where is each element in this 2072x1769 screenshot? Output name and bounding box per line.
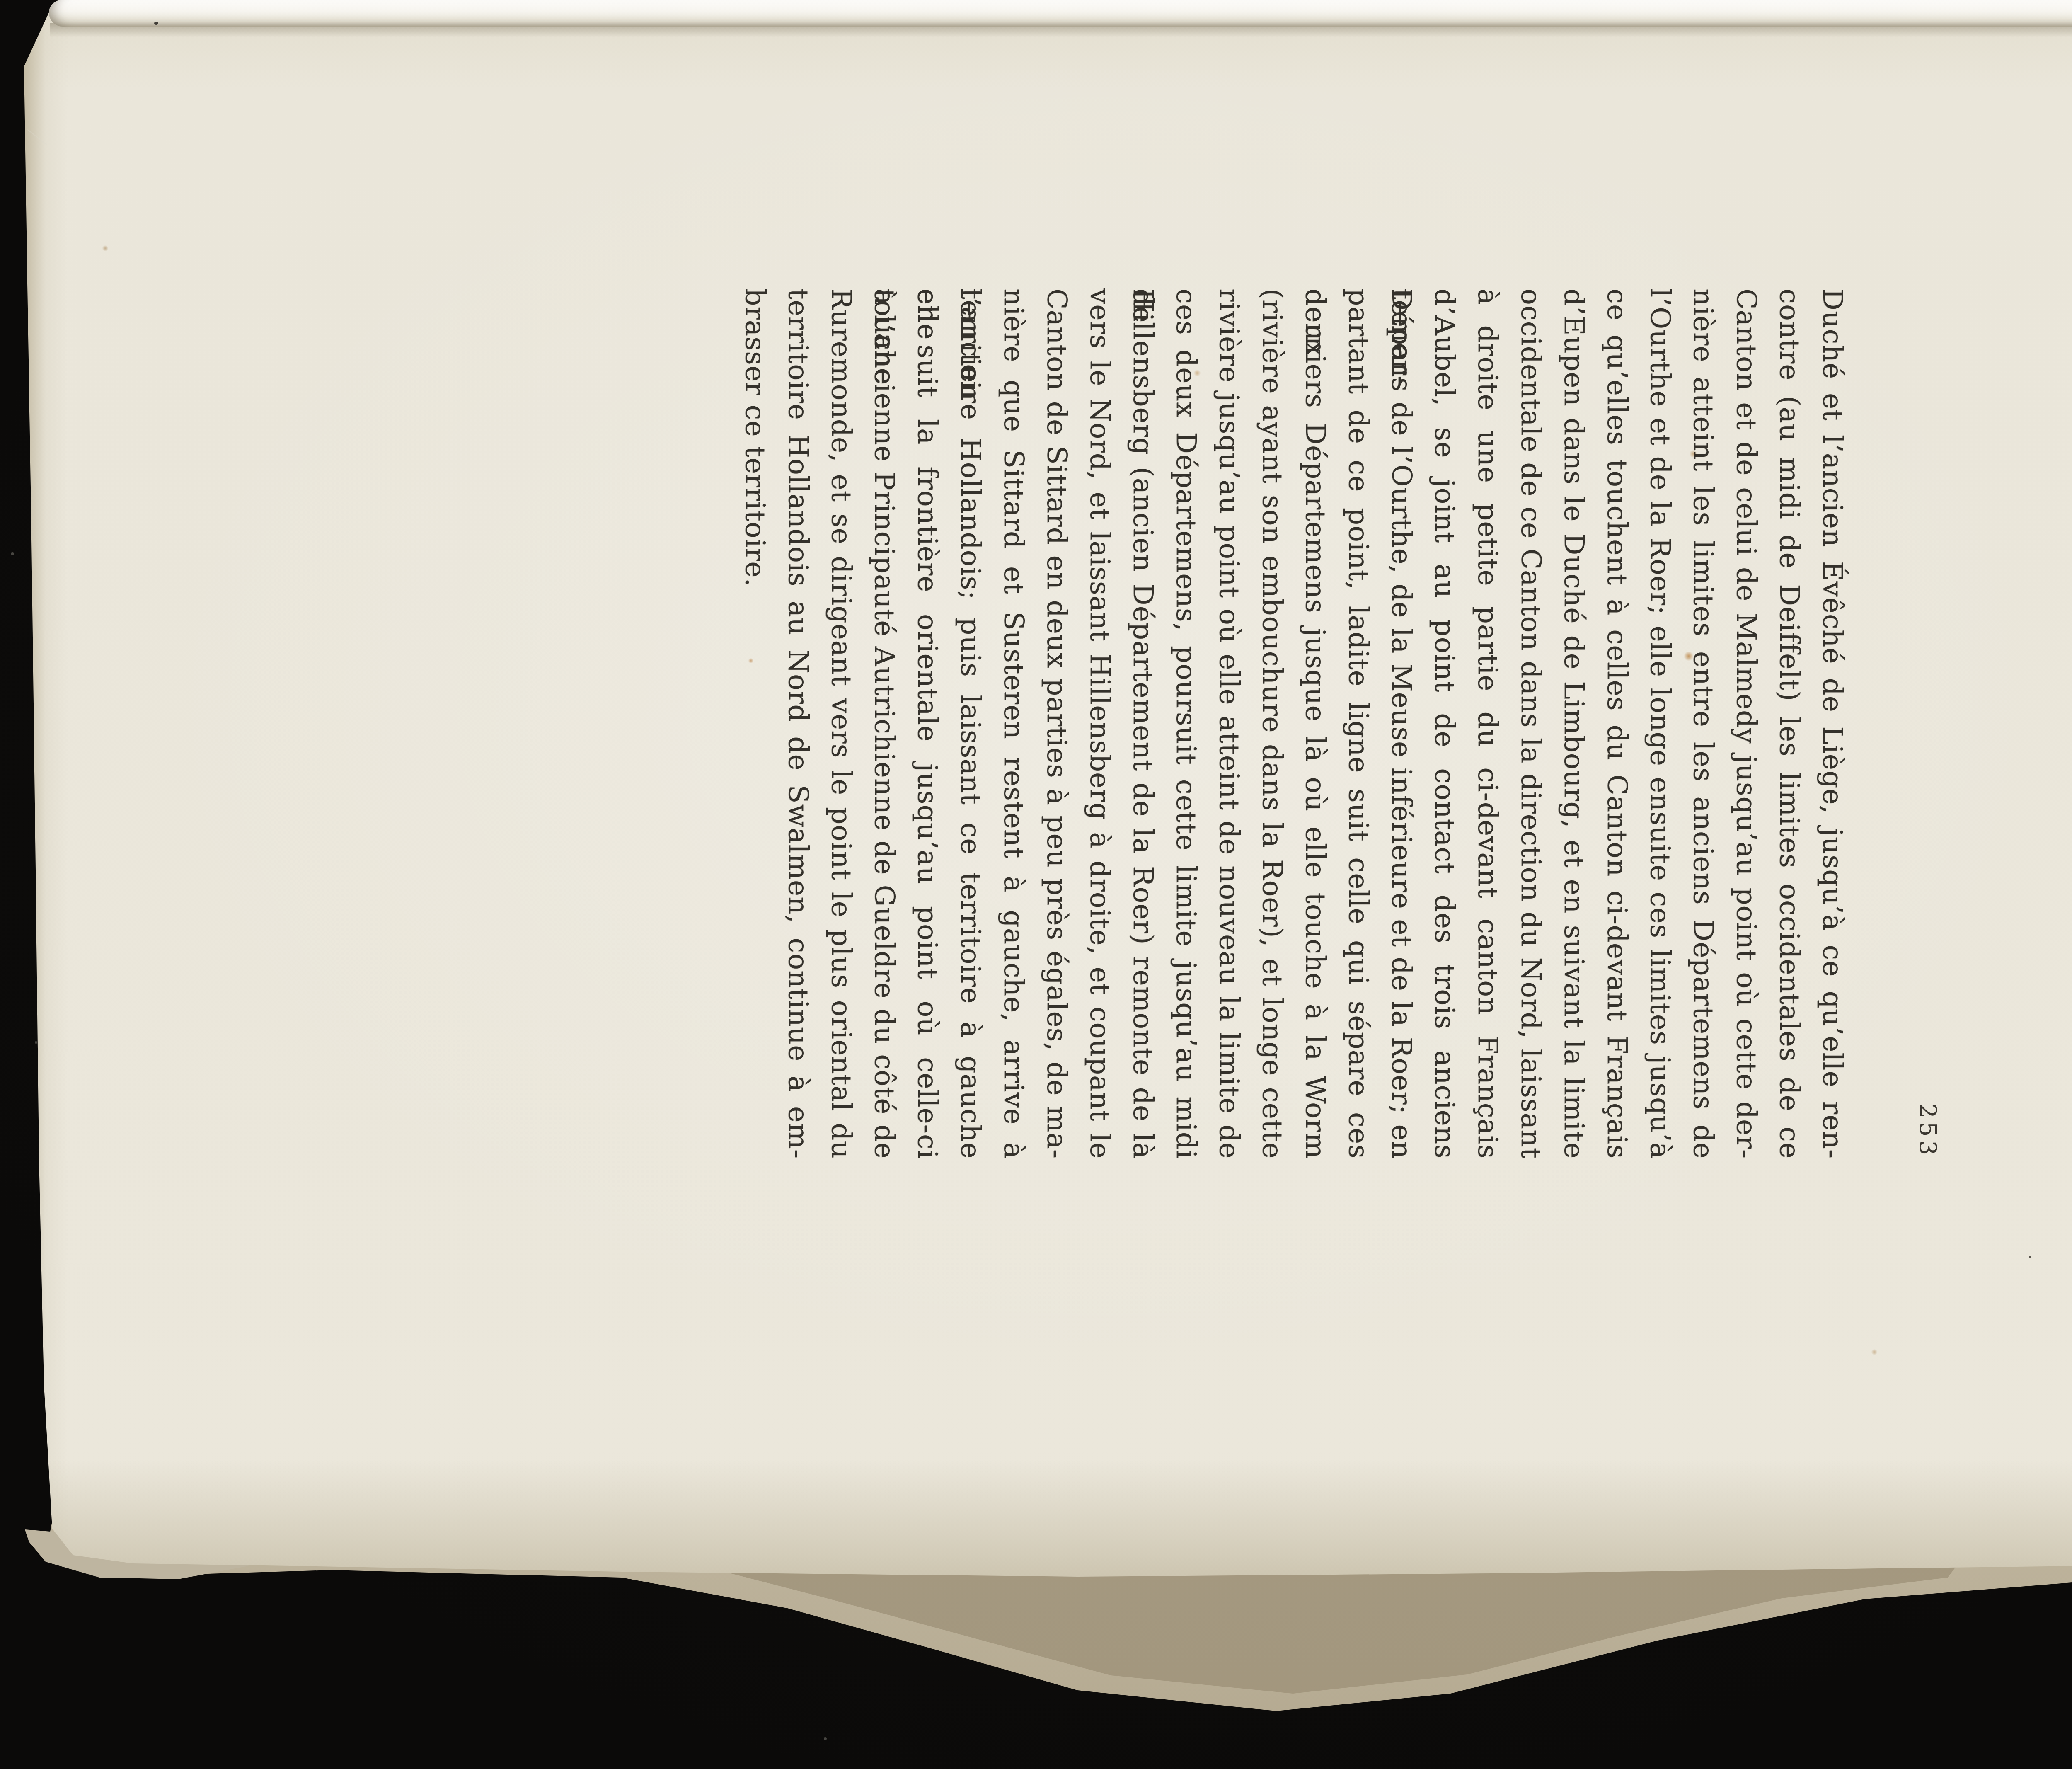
text-line: ce qu’elles touchent à celles du Canton … (1595, 288, 1639, 1159)
dust-speck (35, 1041, 37, 1044)
text-line: vers le Nord, et laissant Hillensberg à … (1078, 288, 1121, 1159)
fox-stain (748, 658, 754, 663)
text-line: ces deux Départemens, poursuit cette lim… (1164, 288, 1208, 1159)
text-line: en suit la frontière orientale jusqu’au … (906, 288, 949, 1159)
ink-speck (154, 22, 158, 25)
text-line: Hillensberg (ancien Département de la Ro… (1121, 288, 1164, 1159)
text-line: Ruremonde, et se dirigeant vers le point… (820, 288, 863, 1159)
fox-stain (1871, 1349, 1878, 1355)
text-line: temens de l’Ourthe, de la Meuse inférieu… (1380, 288, 1423, 1159)
rotated-page-layer: 253 Duché et l’ancien Évêché de Liège, j… (26, 15, 2072, 1573)
book-page: 253 Duché et l’ancien Évêché de Liège, j… (0, 0, 2072, 1769)
page-curl (49, 0, 2072, 27)
text-line: derniers Départemens jusque là où elle t… (1294, 288, 1337, 1159)
text-line: (rivière ayant son embouchure dans la Ro… (1251, 288, 1294, 1159)
page-content: 253 Duché et l’ancien Évêché de Liège, j… (26, 15, 2072, 1573)
fox-stain (1193, 370, 1201, 376)
text-line: Duché et l’ancien Évêché de Liège, jusqu… (1811, 288, 1854, 1159)
text-line: rivière jusqu’au point où elle atteint d… (1208, 288, 1251, 1159)
fox-stain (1689, 450, 1697, 458)
text-line: brasser ce territoire. (733, 288, 777, 1159)
text-line: Canton de Sittard en deux parties à peu … (1035, 288, 1078, 1159)
text-line: d’Aubel, se joint au point de contact de… (1423, 288, 1466, 1159)
text-line: à l’ancienne Principauté Autrichienne de… (863, 288, 906, 1159)
scan-background: 253 Duché et l’ancien Évêché de Liège, j… (0, 0, 2072, 1769)
dust-speck (11, 552, 14, 555)
text-line: territoire Hollandois au Nord de Swalmen… (777, 288, 820, 1159)
text-line: Canton et de celui de Malmedy jusqu’au p… (1725, 288, 1768, 1159)
text-line: nière atteint les limites entre les anci… (1682, 288, 1725, 1159)
text-line: partant de ce point, ladite ligne suit c… (1337, 288, 1380, 1159)
text-line: à droite une petite partie du ci-devant … (1466, 288, 1509, 1159)
text-line: d’Eupen dans le Duché de Limbourg, et en… (1552, 288, 1595, 1159)
ink-speck (2029, 1256, 2031, 1258)
text-line: l’Ourthe et de la Roer; elle longe ensui… (1639, 288, 1682, 1159)
text-line: nière que Sittard et Susteren restent à … (992, 288, 1035, 1159)
fox-stain (1683, 652, 1694, 661)
page-number: 253 (1914, 288, 1941, 1159)
text-line: territoire Hollandois; puis laissant ce … (949, 288, 992, 1159)
text-block: Duché et l’ancien Évêché de Liège, jusqu… (733, 288, 1854, 1159)
fox-stain (102, 245, 109, 251)
text-line: contre (au midi de Deiffelt) les limites… (1768, 288, 1811, 1159)
dust-speck (824, 1737, 827, 1740)
text-line: occidentale de ce Canton dans la directi… (1509, 288, 1552, 1159)
